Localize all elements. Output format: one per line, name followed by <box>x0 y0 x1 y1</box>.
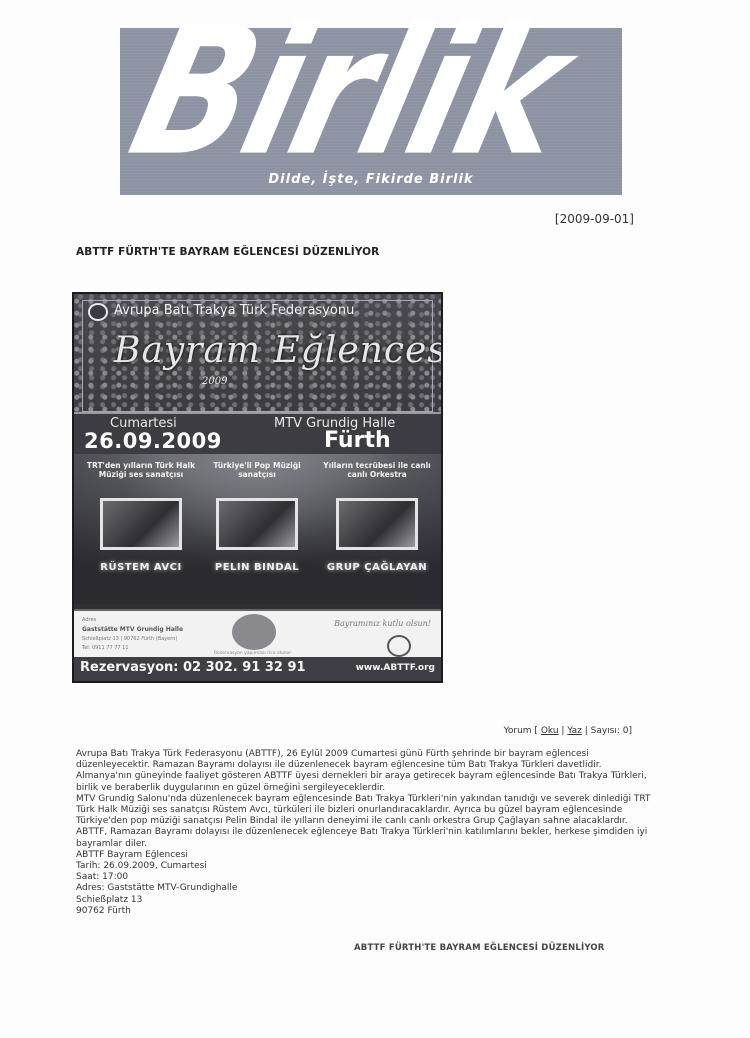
artist-name: GRUP ÇAĞLAYAN <box>322 562 432 573</box>
body-paragraph: ABTTF, Ramazan Bayramı dolayısı ile düze… <box>76 827 656 849</box>
poster-greeting: Bayramınız kutlu olsun! <box>334 619 431 628</box>
comments-bar: Yorum [ Oku | Yaz | Sayısı: 0] <box>504 726 632 736</box>
artist-photo <box>336 498 418 550</box>
artist-role: Yılların tecrübesi ile canlı canlı Orkes… <box>322 462 432 496</box>
event-address: Adres: Gaststätte MTV-Grundighalle <box>76 883 656 894</box>
body-paragraph: MTV Grundig Salonu'nda düzenlenecek bayr… <box>76 794 656 828</box>
artist-card: TRT'den yılların Türk Halk Müziği ses sa… <box>86 462 196 573</box>
poster-date-band: Cumartesi 26.09.2009 MTV Grundig Halle F… <box>74 412 441 454</box>
article-headline: ABTTF FÜRTH'TE BAYRAM EĞLENCESİ DÜZENLİY… <box>76 246 379 258</box>
comments-count: | Sayısı: 0] <box>585 726 632 736</box>
poster-note: Rezervasyon yapılması rica olunur <box>214 651 291 656</box>
event-city: 90762 Fürth <box>76 906 656 917</box>
address-label: Adres <box>82 616 183 625</box>
seal-icon <box>232 614 276 650</box>
federation-logo-icon <box>88 303 108 321</box>
address-venue: Gaststätte MTV Grundig Halle <box>82 626 183 633</box>
body-paragraph: Almanya'nın güneyinde faaliyet gösteren … <box>76 771 656 793</box>
footer-headline: ABTTF FÜRTH'TE BAYRAM EĞLENCESİ DÜZENLİY… <box>354 943 605 953</box>
event-poster: Avrupa Batı Trakya Türk Federasyonu Bayr… <box>72 292 443 683</box>
write-comment-link[interactable]: Yaz <box>567 726 582 736</box>
masthead-logo-box: Birlik Dilde, İşte, Fikirde Birlik <box>120 28 622 195</box>
artist-card: Yılların tecrübesi ile canlı canlı Orkes… <box>322 462 432 573</box>
comments-separator: | <box>561 726 564 736</box>
event-date: Tarih: 26.09.2009, Cumartesi <box>76 861 656 872</box>
artist-role: Türkiye'li Pop Müziği sanatçısı <box>202 462 312 496</box>
masthead-tagline: Dilde, İşte, Fikirde Birlik <box>120 172 622 187</box>
event-name: ABTTF Bayram Eğlencesi <box>76 850 656 861</box>
event-street: Schießplatz 13 <box>76 895 656 906</box>
artist-name: PELIN BINDAL <box>202 562 312 573</box>
poster-website: www.ABTTF.org <box>356 663 435 673</box>
article-body: Avrupa Batı Trakya Türk Federasyonu (ABT… <box>76 749 656 917</box>
address-street: Schießplatz 13 | 90762 Fürth (Bayern) <box>82 635 183 644</box>
federation-small-logo-icon <box>387 635 411 657</box>
address-phone: Tel: 0911 77 77 11 <box>82 644 183 653</box>
poster-date: 26.09.2009 <box>84 429 222 453</box>
comments-label: Yorum [ <box>504 726 538 736</box>
artist-photo <box>100 498 182 550</box>
masthead-logo: Birlik <box>82 4 616 181</box>
artist-card: Türkiye'li Pop Müziği sanatçısı PELIN BI… <box>202 462 312 573</box>
artist-role: TRT'den yılların Türk Halk Müziği ses sa… <box>86 462 196 496</box>
poster-address: Adres Gaststätte MTV Grundig Halle Schie… <box>82 616 183 653</box>
artist-photo <box>216 498 298 550</box>
event-time: Saat: 17:00 <box>76 872 656 883</box>
poster-reservation: Rezervasyon: 02 302. 91 32 91 <box>80 660 306 675</box>
article-date: [2009-09-01] <box>555 212 634 226</box>
poster-federation: Avrupa Batı Trakya Türk Federasyonu <box>114 303 354 318</box>
poster-event-title: Bayram Eğlencesi <box>114 330 443 371</box>
artist-name: RÜSTEM AVCI <box>86 562 196 573</box>
poster-city: Fürth <box>324 428 391 453</box>
read-comments-link[interactable]: Oku <box>541 726 559 736</box>
poster-event-year: 2009 <box>202 376 227 387</box>
poster-info-band: Adres Gaststätte MTV Grundig Halle Schie… <box>74 609 441 659</box>
body-paragraph: Avrupa Batı Trakya Türk Federasyonu (ABT… <box>76 749 656 771</box>
poster-reservation-band: Rezervasyon: 02 302. 91 32 91 www.ABTTF.… <box>74 657 441 681</box>
